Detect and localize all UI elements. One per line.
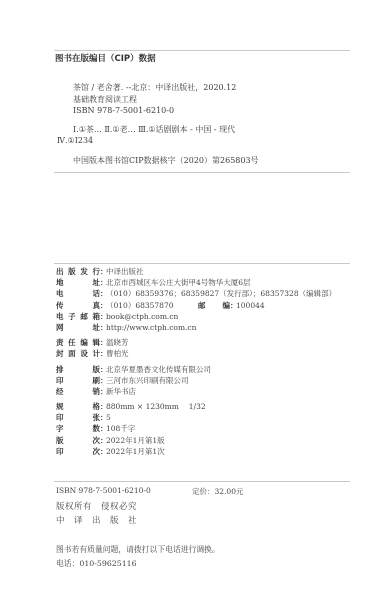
service-phone: 电话：010-59625116: [56, 558, 137, 569]
info-row-typesetting: 排版： 北京华夏墨香文化传媒有限公司: [56, 364, 336, 375]
cip-series-line: 基础教育阅读工程: [73, 94, 137, 105]
price: 定价：32.00元: [192, 486, 243, 497]
phone-value: （010）68359376；68359827（发行部）；68357328（编辑部…: [106, 288, 336, 299]
info-top-rule: [54, 263, 350, 264]
email-link[interactable]: book@ctph.com.cn: [106, 311, 178, 322]
quality-notice: 图书若有质量问题，请拨打以下电话进行调换。: [56, 544, 220, 555]
info-label: 字数: [56, 423, 100, 434]
postcode-label: 邮编: [198, 300, 230, 311]
copyright-notice: 版权所有 侵权必究: [56, 500, 137, 512]
cip-isbn-line: ISBN 978-7-5001-6210-0: [73, 106, 174, 115]
info-row-word-count: 字数： 108千字: [56, 423, 336, 434]
cip-classification-2: Ⅳ.①I234: [57, 136, 93, 145]
info-label: 封面设计: [56, 348, 100, 359]
cip-classification-1: Ⅰ.①茶… Ⅱ.①老… Ⅲ.①话剧剧本 - 中国 - 现代: [73, 124, 235, 135]
info-row-email: 电子邮箱： book@ctph.com.cn: [56, 311, 336, 322]
info-label: 排版: [56, 364, 100, 375]
fax-value: （010）68357870: [106, 300, 198, 311]
distributor-value: 新华书店: [106, 386, 136, 397]
info-label: 地址: [56, 277, 100, 288]
publisher-spaced: 中 译 出 版 社: [56, 514, 137, 526]
word-count-value: 108千字: [106, 423, 135, 434]
info-row-format: 规格： 880mm × 1230mm 1/32: [56, 401, 336, 412]
typesetting-value: 北京华夏墨香文化传媒有限公司: [106, 364, 211, 375]
info-row-address: 地址： 北京市西城区车公庄大街甲4号物华大厦6层: [56, 277, 336, 288]
info-label: 责任编辑: [56, 337, 100, 348]
info-label: 传真: [56, 300, 100, 311]
info-label: 经销: [56, 386, 100, 397]
info-label: 规格: [56, 401, 100, 412]
format-value: 880mm × 1230mm 1/32: [106, 401, 206, 412]
info-label: 电话: [56, 288, 100, 299]
publisher-info: 出版发行： 中译出版社 地址： 北京市西城区车公庄大街甲4号物华大厦6层 电话：…: [56, 266, 336, 457]
editor-value: 温晓芳: [106, 337, 129, 348]
info-row-impression: 印次： 2022年1月第1次: [56, 446, 336, 457]
info-row-fax: 传真： （010）68357870 邮编： 100044: [56, 300, 336, 311]
impression-value: 2022年1月第1次: [106, 446, 165, 457]
info-row-printing: 印刷： 三河市东兴印刷有限公司: [56, 375, 336, 386]
sheets-value: 5: [106, 412, 111, 423]
top-rule: [54, 50, 350, 51]
footer-isbn: ISBN 978-7-5001-6210-0: [56, 486, 151, 495]
info-row-edition: 版次： 2022年1月第1版: [56, 435, 336, 446]
info-label: 版次: [56, 435, 100, 446]
info-label: 印张: [56, 412, 100, 423]
website-link[interactable]: http://www.ctph.com.cn: [106, 322, 196, 333]
postcode-value: 100044: [236, 300, 265, 311]
info-label: 印次: [56, 446, 100, 457]
cover-designer-value: 曹柏光: [106, 348, 129, 359]
info-row-editor: 责任编辑： 温晓芳: [56, 337, 336, 348]
info-row-distribution: 经销： 新华书店: [56, 386, 336, 397]
info-label: 网址: [56, 322, 100, 333]
info-row-sheets: 印张： 5: [56, 412, 336, 423]
printer-value: 三河市东兴印刷有限公司: [106, 375, 189, 386]
edition-value: 2022年1月第1版: [106, 435, 165, 446]
info-label: 印刷: [56, 375, 100, 386]
info-row-phone: 电话： （010）68359376；68359827（发行部）；68357328…: [56, 288, 336, 299]
info-row-cover-design: 封面设计： 曹柏光: [56, 348, 336, 359]
info-bottom-rule: [54, 481, 350, 482]
publisher-name: 中译出版社: [106, 266, 144, 277]
cip-title-line: 茶馆 / 老舍著. --北京：中译出版社，2020.12: [73, 82, 236, 93]
cip-bottom-rule: [54, 172, 350, 173]
cip-approval-number: 中国版本图书馆CIP数据核字（2020）第265803号: [73, 155, 259, 166]
info-row-publisher: 出版发行： 中译出版社: [56, 266, 336, 277]
cip-heading: 图书在版编目（CIP）数据: [55, 52, 156, 64]
info-row-website: 网址： http://www.ctph.com.cn: [56, 322, 336, 333]
info-label: 电子邮箱: [56, 311, 100, 322]
info-label: 出版发行: [56, 266, 100, 277]
address-value: 北京市西城区车公庄大街甲4号物华大厦6层: [106, 277, 251, 288]
